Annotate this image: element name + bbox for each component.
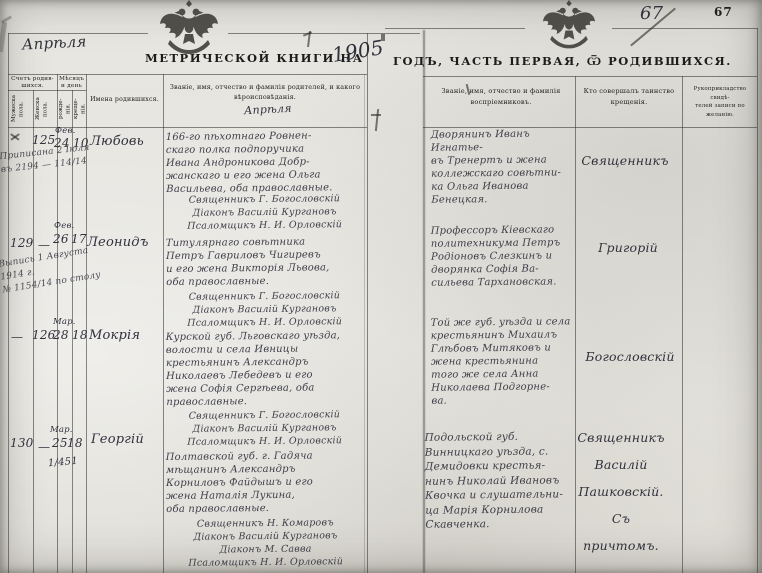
entry-3-name: Мокрія xyxy=(89,328,140,343)
entry-1-name: Любовь xyxy=(90,134,144,149)
entry-3-parents: Курской губ. Льговскаго уѣзда, волости и… xyxy=(166,329,367,409)
grid-line xyxy=(163,74,164,573)
imperial-eagle-emblem-left xyxy=(156,0,222,58)
grid-line xyxy=(8,90,86,91)
metrical-book-scan: Апрѣля МЕТРИЧЕСКОЙ КНИГИ НА 1905 ГОДЪ, Ч… xyxy=(0,0,762,573)
entry-4-clergy-signatures: Священникъ Н. Комаровъ Діаконъ Василій К… xyxy=(168,516,364,570)
entry-3-baptism-day: 18 xyxy=(72,328,88,342)
entry-4-officiant: Священникъ Василій Пашковскій. Съ причто… xyxy=(564,424,678,559)
entry-3-birth-day: 28 xyxy=(53,328,69,342)
page-number-printed: 67 xyxy=(714,5,733,19)
entry-4-birth-day: 25 xyxy=(52,436,68,450)
entry-4-month: Мар. xyxy=(50,425,73,435)
entry-3-male-no: — xyxy=(11,330,23,344)
entry-1-parents: 166-го пѣхотнаго Ровнен- скаго полка под… xyxy=(166,129,365,196)
header-count-male: Мужеска пола. xyxy=(11,92,31,126)
entry-4-name: Георгій xyxy=(91,432,144,447)
header-parents: Званіе, имя, отчество и фамилія родителе… xyxy=(164,82,366,103)
grid-line xyxy=(8,74,367,75)
entry-2-name: Леонидъ xyxy=(87,235,149,250)
entry-2-godparents: Профессоръ Кіевскаго политехникума Петръ… xyxy=(431,223,574,289)
ink-mark xyxy=(381,34,385,41)
entry-3-godparents: Той же губ. уѣзда и села крестьянинъ Мих… xyxy=(431,315,574,407)
entry-1-godparents: Дворянинъ Иванъ Игнатье- въ Тренертъ и ж… xyxy=(431,127,574,206)
entry-1-officiant: Священникъ xyxy=(570,153,680,168)
book-title-left: МЕТРИЧЕСКОЙ КНИГИ НА xyxy=(145,51,364,65)
month-annotation: Апрѣля xyxy=(22,32,87,53)
entry-2-male-no: 129 xyxy=(10,236,34,250)
entry-4-female-no: — xyxy=(38,440,50,454)
scan-edge-smudge xyxy=(0,22,7,52)
grid-line xyxy=(612,28,758,29)
header-date-group: Мѣсяцъ и день xyxy=(57,76,86,90)
entry-3-clergy-signatures: Священникъ Г. Богословскій Діаконъ Васил… xyxy=(172,408,357,449)
entry-4-parents: Полтавской губ. г. Гадяча мѣщанинъ Алекс… xyxy=(166,449,367,516)
entry-4-godparents: Подольской губ. Винницкаго уѣзда, с. Дем… xyxy=(424,429,573,532)
grid-line xyxy=(385,28,525,29)
grid-line xyxy=(8,33,9,573)
header-witnesses: Рукоприкладство свидѣ- телей записи по ж… xyxy=(684,85,756,120)
entry-2-month: Фев. xyxy=(54,221,75,231)
header-date-birth: рожде- нія. xyxy=(58,92,71,126)
entry-2-officiant: Григорій xyxy=(578,240,678,255)
grid-line xyxy=(682,76,683,573)
ink-mark xyxy=(371,114,381,116)
header-officiant: Кто совершалъ таинство крещенія. xyxy=(577,86,681,108)
entry-3-officiant: Богословскій xyxy=(574,349,686,364)
ink-mark xyxy=(375,109,379,131)
entry-2-parents: Титулярнаго совѣтника Петръ Гавриловъ Чи… xyxy=(166,235,365,289)
header-count-female: Женска пола. xyxy=(35,92,55,126)
entry-2-birth-day: 26 xyxy=(53,232,69,246)
entry-3-female-no: 126 xyxy=(32,328,56,342)
entry-4-baptism-day: 18 xyxy=(67,436,83,450)
header-parents-annotation: Апрѣля xyxy=(244,102,292,117)
imperial-eagle-emblem-right xyxy=(540,0,598,52)
entry-1-clergy-signatures: Священникъ Г. Богословскій Діаконъ Васил… xyxy=(172,192,357,233)
book-title-year: 1905 xyxy=(330,35,385,67)
header-names: Имена родившихся. xyxy=(87,96,162,103)
header-godparents: Званіе, имя, отчество и фамилія воспріем… xyxy=(428,86,574,108)
grid-line xyxy=(423,76,757,77)
entry-4-date-annotation: 1/451 xyxy=(48,456,79,470)
grid-line xyxy=(757,28,758,573)
entry-1-month: Фев. xyxy=(55,126,76,136)
grid-line xyxy=(228,33,420,34)
entry-2-clergy-signatures: Священникъ Г. Богословскій Діаконъ Васил… xyxy=(172,289,357,330)
header-date-baptism: креще- нія. xyxy=(73,92,85,126)
header-count-group: Счетъ родив- шихся. xyxy=(8,76,57,90)
book-title-right: ГОДЪ, ЧАСТЬ ПЕРВАЯ, Ѿ РОДИВШИХСЯ. xyxy=(393,54,732,68)
entry-2-baptism-day: 17 xyxy=(71,232,87,246)
grid-line xyxy=(367,33,368,573)
entry-4-male-no: 130 xyxy=(10,436,34,450)
grid-line xyxy=(8,33,148,34)
entry-3-month: Мар. xyxy=(53,317,76,327)
